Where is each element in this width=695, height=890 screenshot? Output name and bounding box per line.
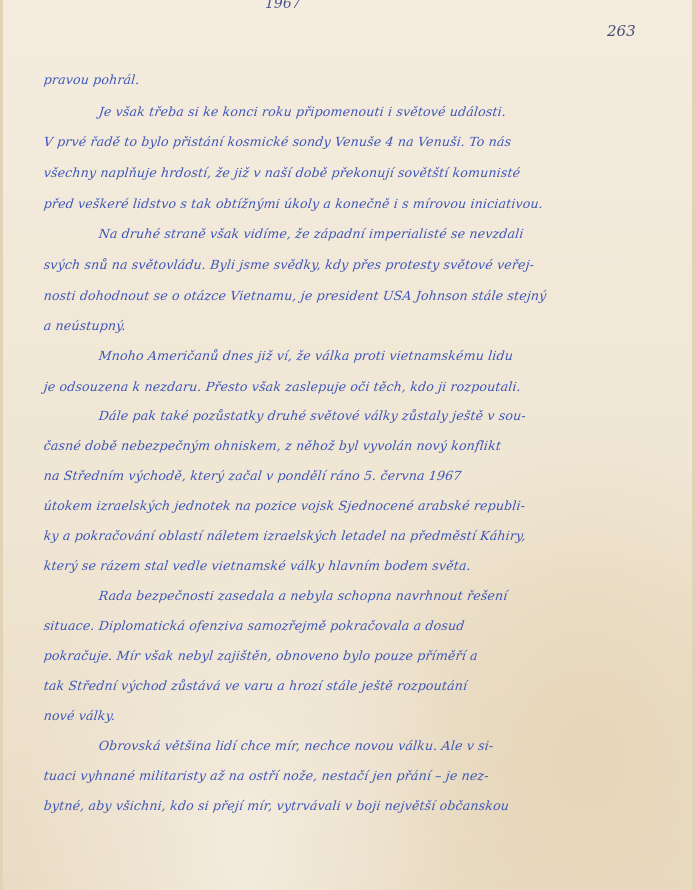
- text-line: Dále pak také pozůstatky druhé světové v…: [98, 408, 527, 423]
- text-line: Rada bezpečnosti zasedala a nebyla schop…: [98, 588, 508, 603]
- text-line: tuaci vyhnané militaristy až na ostří no…: [43, 768, 490, 783]
- text-line: ky a pokračování oblastí náletem izraels…: [43, 528, 527, 543]
- text-line: nové války.: [43, 708, 116, 723]
- text-line: před veškeré lidstvo s tak obtížnými úko…: [43, 196, 544, 211]
- text-line: pokračuje. Mír však nebyl zajištěn, obno…: [43, 648, 479, 663]
- document-page: 1967 263 pravou pohrál. Je však třeba si…: [0, 0, 695, 890]
- text-line: je odsouzena k nezdaru. Přesto však zasl…: [43, 379, 522, 394]
- text-line: Je však třeba si ke konci roku připomeno…: [98, 104, 507, 119]
- text-line: svých snů na světovládu. Byli jsme svědk…: [43, 257, 535, 272]
- page-year: 1967: [265, 0, 301, 12]
- text-line: Na druhé straně však vidíme, že západní …: [98, 226, 524, 241]
- text-line: časné době nebezpečným ohniskem, z něhož…: [43, 438, 502, 453]
- text-line: situace. Diplomatická ofenziva samozřejm…: [43, 618, 465, 633]
- text-line: tak Střední východ zůstává ve varu a hro…: [43, 678, 468, 693]
- text-line: útokem izraelských jednotek na pozice vo…: [43, 498, 526, 513]
- text-line: bytné, aby všichni, kdo si přejí mír, vy…: [43, 798, 510, 813]
- text-line: který se rázem stal vedle vietnamské vál…: [43, 558, 472, 573]
- text-line: V prvé řadě to bylo přistání kosmické so…: [43, 134, 512, 149]
- text-line: na Středním východě, který začal v pondě…: [43, 468, 462, 483]
- text-line: Obrovská většina lidí chce mír, nechce n…: [98, 738, 494, 753]
- text-line: nosti dohodnout se o otázce Vietnamu, je…: [43, 288, 547, 303]
- text-line: a neústupný.: [43, 318, 127, 333]
- text-line: všechny naplňuje hrdostí, že již v naší …: [43, 165, 521, 180]
- text-line: pravou pohrál.: [43, 72, 140, 87]
- text-line: Mnoho Američanů dnes již ví, že válka pr…: [98, 348, 514, 363]
- page-number: 263: [607, 22, 636, 40]
